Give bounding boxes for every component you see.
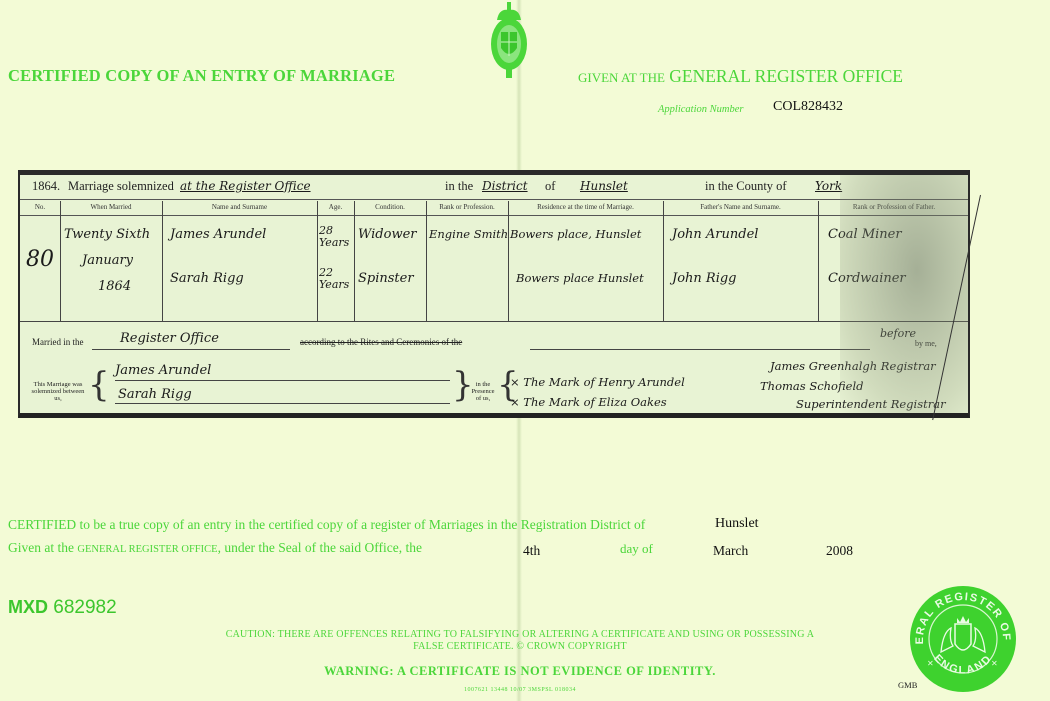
bride-name: Sarah Rigg	[170, 271, 244, 286]
certified-year: 2008	[826, 543, 853, 559]
royal-crest-icon	[489, 2, 529, 80]
groom-name: James Arundel	[170, 227, 266, 242]
application-number: COL828432	[773, 99, 843, 115]
register-heading: 1864. Marriage solemnized at the Registe…	[20, 175, 968, 200]
entry-number: 80	[26, 247, 54, 272]
certification-text: CERTIFIED to be a true copy of an entry …	[8, 517, 645, 533]
official-registrar: James Greenhalgh Registrar	[770, 359, 936, 373]
svg-text:✕: ✕	[927, 659, 934, 668]
register-year: 1864.	[32, 179, 60, 194]
certified-district: Hunslet	[715, 516, 759, 532]
given-at-heading: Given at the GENERAL REGISTER OFFICE	[578, 66, 903, 87]
witness-1: × The Mark of Henry Arundel	[510, 375, 685, 389]
solemnized-at: at the Register Office	[180, 179, 400, 193]
certified-month: March	[713, 543, 748, 559]
identity-warning: WARNING: A CERTIFICATE IS NOT EVIDENCE O…	[170, 664, 870, 679]
register-district: Hunslet	[580, 179, 670, 193]
official-superintendent: Thomas Schofield	[760, 379, 863, 393]
initials: GMB	[898, 680, 917, 690]
signature-bride: Sarah Rigg	[118, 387, 192, 402]
svg-text:✕: ✕	[991, 659, 998, 668]
gro-seal-icon: GENERAL REGISTER OFFICE ENGLAND ✕ ✕	[905, 584, 1021, 694]
witness-2: × The Mark of Eliza Oakes	[510, 395, 667, 409]
married-in: Register Office	[120, 331, 219, 346]
register-entry: 1864. Marriage solemnized at the Registe…	[18, 170, 970, 418]
register-county: York	[815, 179, 842, 193]
serial-number: MXD 682982	[8, 597, 117, 619]
given-at-text: Given at the General Register Office, un…	[8, 540, 422, 556]
caution-notice: CAUTION: THERE ARE OFFENCES RELATING TO …	[170, 629, 870, 653]
certified-day: 4th	[523, 543, 540, 559]
document-title: CERTIFIED COPY OF AN ENTRY OF MARRIAGE	[8, 66, 395, 86]
signature-groom: James Arundel	[115, 363, 211, 378]
application-number-label: Application Number	[658, 104, 743, 115]
form-codes: 1007621 13448 10/07 3MSPSL 018034	[370, 687, 670, 693]
